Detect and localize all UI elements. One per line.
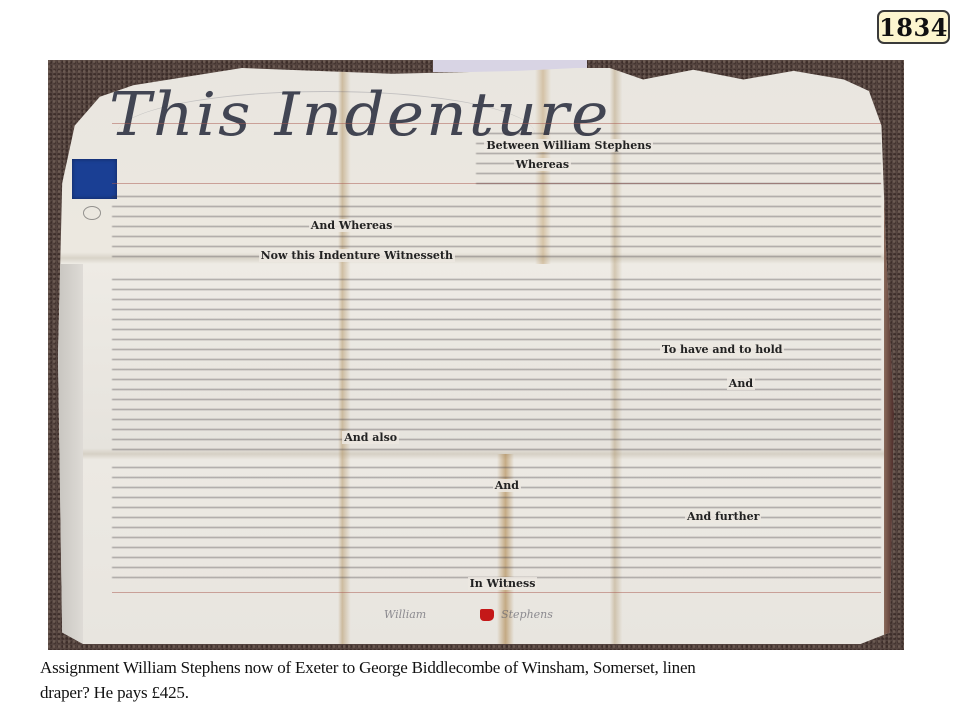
- keyword-between: Between William Stephens: [484, 139, 653, 152]
- handwritten-text-block: [112, 272, 881, 451]
- slide: 1834 This Indenture Between William Step…: [0, 0, 960, 720]
- blue-duty-stamp: [72, 159, 116, 199]
- keyword-and: And: [727, 377, 755, 390]
- handwritten-text-block: [112, 189, 881, 264]
- signature-first-name: William: [384, 608, 426, 621]
- keyword-and-also: And also: [342, 431, 399, 444]
- keyword-and-whereas: And Whereas: [309, 219, 395, 232]
- keyword-and-2: And: [493, 479, 521, 492]
- caption-line-2: draper? He pays £425.: [40, 680, 920, 705]
- keyword-to-have-and-to-hold: To have and to hold: [660, 343, 785, 356]
- keyword-whereas: Whereas: [514, 158, 571, 171]
- keyword-and-further: And further: [685, 510, 761, 523]
- parchment-right-edge: [884, 97, 894, 644]
- margin-rule: [112, 123, 881, 124]
- caption-line-1: Assignment William Stephens now of Exete…: [40, 655, 920, 680]
- keyword-now-this-indenture: Now this Indenture Witnesseth: [259, 249, 455, 262]
- keyword-in-witness: In Witness: [468, 577, 538, 590]
- embossed-mark-icon: [83, 206, 101, 220]
- signature-surname: Stephens: [501, 608, 553, 621]
- left-margin-band: [58, 264, 83, 644]
- document-photograph: This Indenture Between William Stephens …: [48, 60, 904, 650]
- parchment-indenture: This Indenture Between William Stephens …: [58, 68, 894, 644]
- margin-rule: [112, 592, 881, 593]
- caption: Assignment William Stephens now of Exete…: [40, 655, 920, 705]
- red-wax-seal: [480, 609, 494, 621]
- year-badge: 1834: [877, 10, 950, 44]
